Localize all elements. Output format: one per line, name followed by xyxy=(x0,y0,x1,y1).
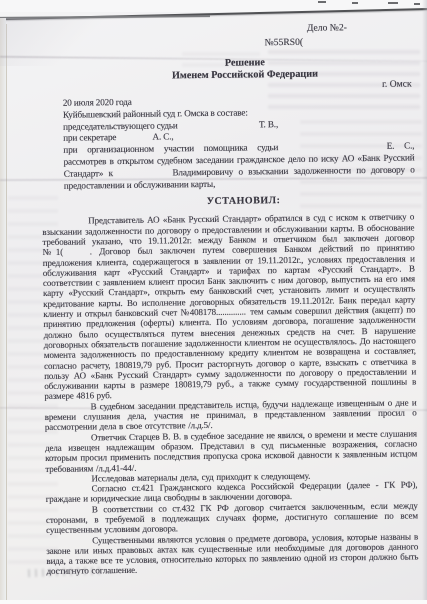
body-paragraph: Существенными являются условия о предмет… xyxy=(46,531,418,577)
document-text-block: Дело №2- №55RS0( Решение Именем Российск… xyxy=(0,11,427,577)
body-paragraph: Ответчик Старцев В. В. в судебное заседа… xyxy=(45,428,417,474)
scanned-court-decision-page: Дело №2- №55RS0( Решение Именем Российск… xyxy=(0,0,427,604)
hearing-intro-paragraph: при организационном участии помощника су… xyxy=(63,141,415,192)
scan-edge-mark xyxy=(388,2,398,4)
body-paragraph: В соответствии со ст.432 ГК РФ договор с… xyxy=(46,500,418,535)
decision-body: Представитель АО «Банк Русский Стандарт»… xyxy=(42,212,418,577)
section-heading-ustanovil: УСТАНОВИЛ: xyxy=(2,194,427,210)
scan-edge-mark xyxy=(414,3,420,5)
body-paragraph: В судебном заседании представитель истца… xyxy=(44,397,416,432)
case-intro-block: 20 июля 2020 года Куйбышевский районный … xyxy=(63,93,415,192)
scanner-bottom-strip xyxy=(0,600,427,604)
case-number: №55RS0( xyxy=(0,37,303,52)
body-paragraph: Представитель АО «Банк Русский Стандарт»… xyxy=(42,212,416,402)
case-label: Дело №2- xyxy=(0,22,347,37)
scan-edge-mark xyxy=(352,2,358,4)
scan-edge-mark xyxy=(318,1,326,3)
